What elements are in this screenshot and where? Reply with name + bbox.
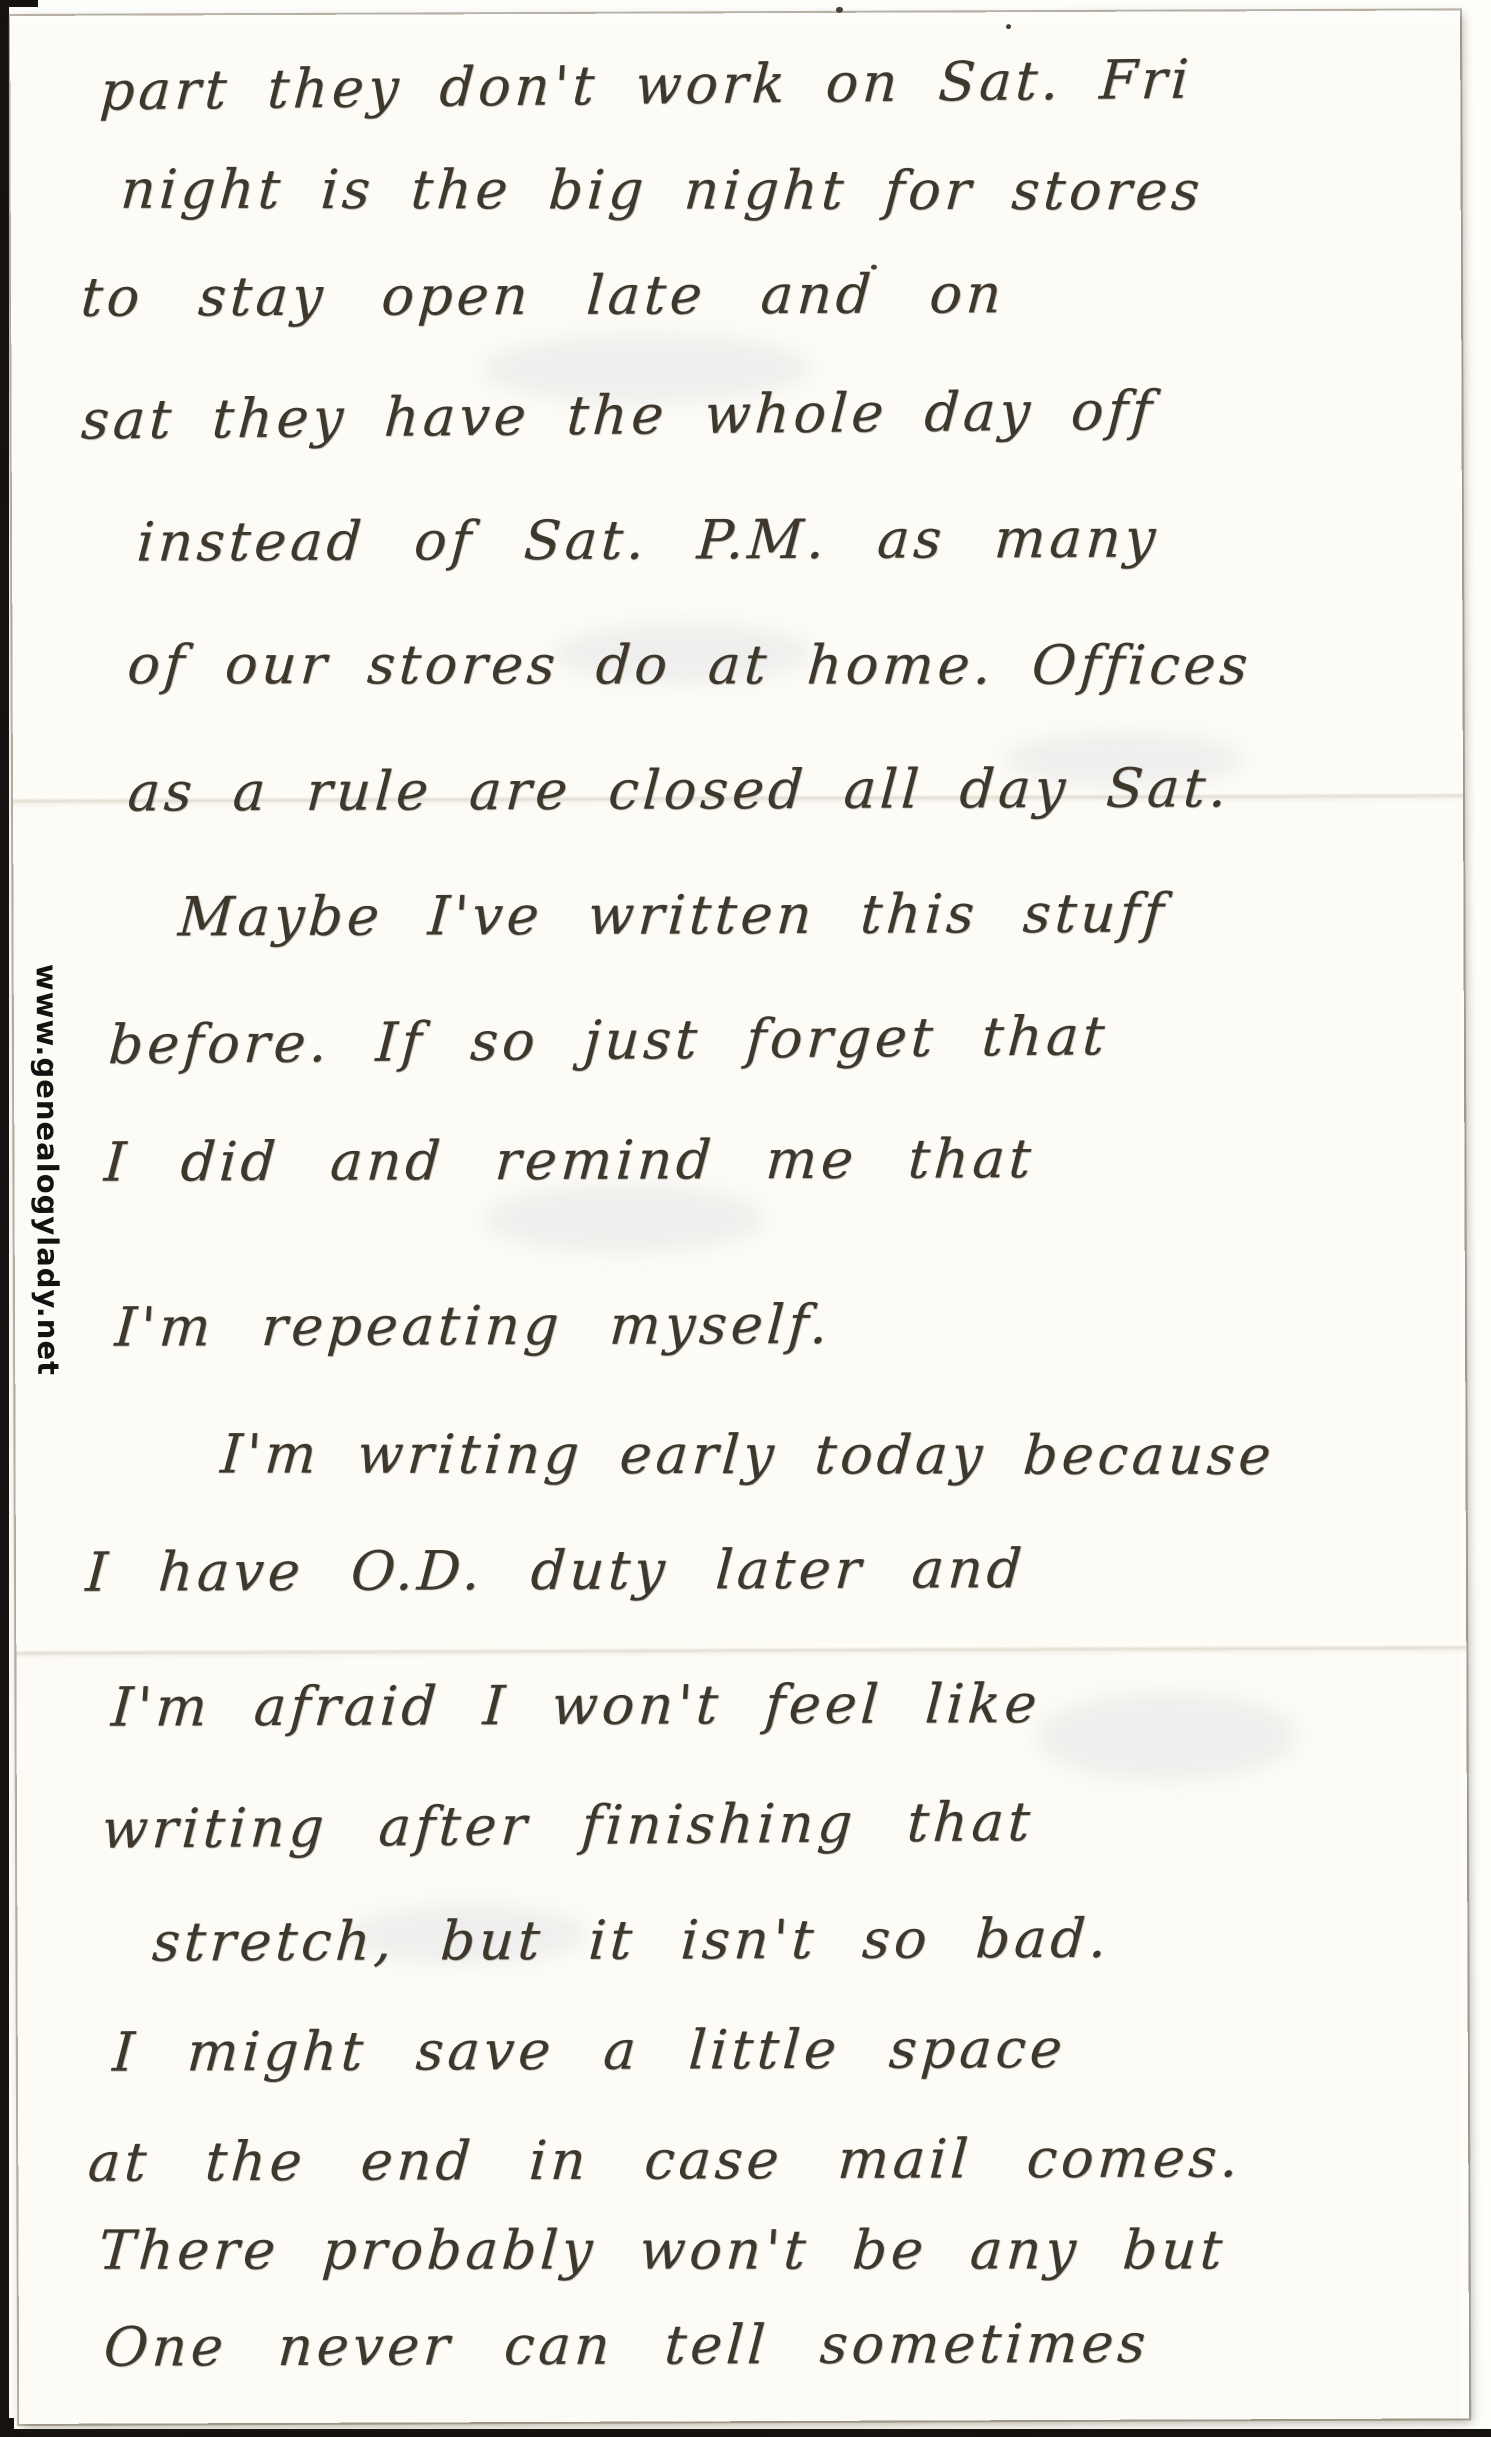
handwriting-line: One never can tell sometimes: [102, 2313, 1151, 2379]
ink-bleed-through: [1036, 1691, 1296, 1782]
fold-crease: [16, 1638, 1466, 1660]
handwriting-line: There probably won't be any but: [97, 2219, 1228, 2282]
handwriting-line: I have O.D. duty later and: [84, 1538, 1028, 1604]
handwriting-line: I'm writing early today because: [219, 1423, 1277, 1487]
handwriting-line: night is the big night for stores: [119, 159, 1206, 223]
handwriting-line: of our stores do at home. Offices: [125, 634, 1253, 697]
handwriting-line: instead of Sat. P.M. as many: [135, 508, 1161, 574]
watermark-text: www.genealogylady.net: [30, 964, 66, 1444]
handwriting-line: writing after finishing that: [100, 1791, 1036, 1861]
ink-speck: [1006, 24, 1011, 29]
scanned-letter-page: www.genealogylady.net part they don't wo…: [0, 0, 1491, 2437]
handwriting-line: I'm repeating myself.: [113, 1294, 834, 1359]
scanner-edge-bottom: [8, 2429, 1491, 2437]
ink-speck: [836, 7, 843, 13]
ink-speck: [871, 265, 877, 270]
handwriting-line: sat they have the whole day off: [79, 380, 1157, 452]
scanner-edge-left: [0, 0, 9, 2437]
scanner-edge-top-left: [0, 0, 38, 7]
handwriting-line: as a rule are closed all day Sat.: [126, 757, 1232, 823]
ink-bleed-through: [484, 1183, 764, 1254]
handwriting-line: I did and remind me that: [102, 1128, 1036, 1194]
letter-paper: www.genealogylady.net part they don't wo…: [10, 10, 1469, 2424]
handwriting-line: part they don't work on Sat. Fri: [98, 49, 1194, 123]
handwriting-line: Maybe I've written this stuff: [176, 883, 1169, 949]
handwriting-line: before. If so just forget that: [107, 1005, 1110, 1076]
handwriting-line: to stay open late and on: [79, 263, 1007, 329]
scanner-edge-bottom-left: [0, 2418, 14, 2437]
handwriting-line: at the end in case mail comes.: [86, 2127, 1244, 2194]
handwriting-line: stretch, but it isn't so bad.: [150, 1908, 1112, 1974]
handwriting-line: I might save a little space: [111, 2018, 1068, 2084]
handwriting-line: I'm afraid I won't feel like: [109, 1673, 1042, 1739]
